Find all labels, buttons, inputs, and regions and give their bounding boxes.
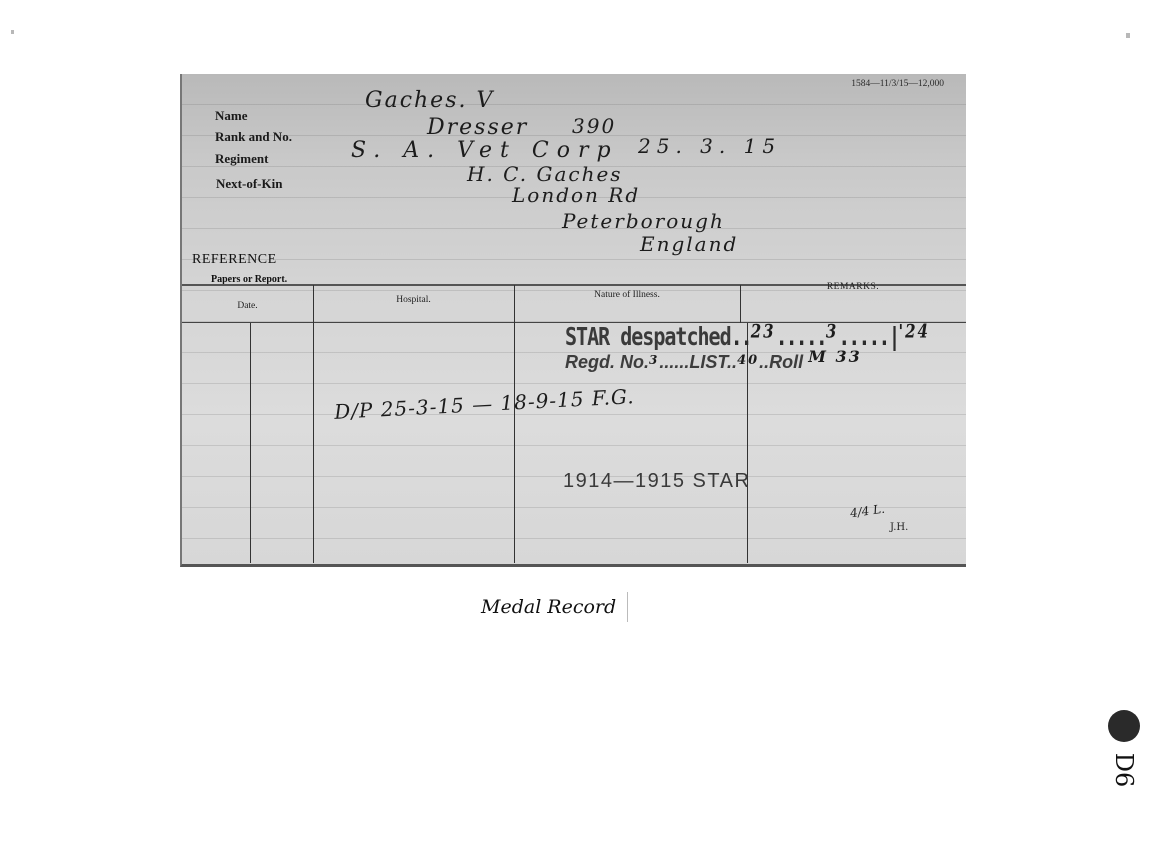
disposition-annotation: D/P 25-3-15 — 18-9-15 F.G. (334, 384, 636, 424)
scan-speck (11, 30, 14, 34)
caption: Medal Record (481, 596, 616, 618)
punch-hole-icon (1108, 710, 1140, 742)
name-value: Gaches. V (365, 88, 494, 113)
name-label: Name (215, 108, 248, 124)
print-code: 1584—11/3/15—12,000 (851, 79, 944, 89)
star-despatched-year: '24 (899, 320, 930, 343)
column-header-date: Date. (182, 301, 313, 311)
star-despatched-label: STAR despatched (565, 321, 731, 351)
column-divider (313, 285, 314, 563)
roll-value: M 33 (808, 347, 862, 366)
kin-label: Next-of-Kin (216, 176, 282, 192)
regd-value: 3 (649, 353, 659, 367)
column-header-illness: Nature of Illness. (514, 290, 740, 300)
column-header-remarks: REMARKS. (740, 282, 966, 292)
column-header-hospital: Hospital. (313, 295, 514, 305)
medal-stamp: 1914—1915 STAR (563, 470, 750, 493)
list-label: LIST (689, 352, 727, 372)
initials-2: J.H. (890, 522, 908, 533)
number-value: 390 (572, 114, 616, 138)
reference-heading: REFERENCE (192, 252, 277, 268)
scan-speck (1126, 33, 1130, 38)
column-divider (250, 323, 251, 563)
medal-index-card: 1584—11/3/15—12,000 Name Rank and No. Re… (180, 74, 966, 567)
regiment-date: 25. 3. 15 (638, 134, 781, 158)
page-id: D6 (1102, 748, 1146, 792)
kin-line-3: Peterborough (562, 209, 725, 233)
column-divider (514, 285, 515, 563)
list-value: 40 (737, 353, 759, 368)
regiment-label: Regiment (215, 151, 268, 167)
regd-label: Regd. No. (565, 352, 649, 372)
star-despatched-stamp: STAR despatched..23.....3.....|'24 (565, 321, 930, 351)
kin-line-4: England (640, 232, 738, 256)
caption-divider (627, 592, 628, 622)
regiment-value: S. A. Vet Corp (351, 138, 619, 163)
kin-line-2: London Rd (512, 183, 640, 207)
roll-label: Roll (769, 352, 803, 372)
star-despatched-day: 23 (751, 320, 776, 343)
star-despatched-month: 3 (826, 320, 838, 343)
registration-stamp: Regd. No.3......LIST..40..Roll M 33 (565, 352, 862, 373)
initials-1: 4/4 L. (849, 502, 886, 521)
rank-value: Dresser (427, 115, 528, 140)
rank-label: Rank and No. (215, 129, 292, 145)
